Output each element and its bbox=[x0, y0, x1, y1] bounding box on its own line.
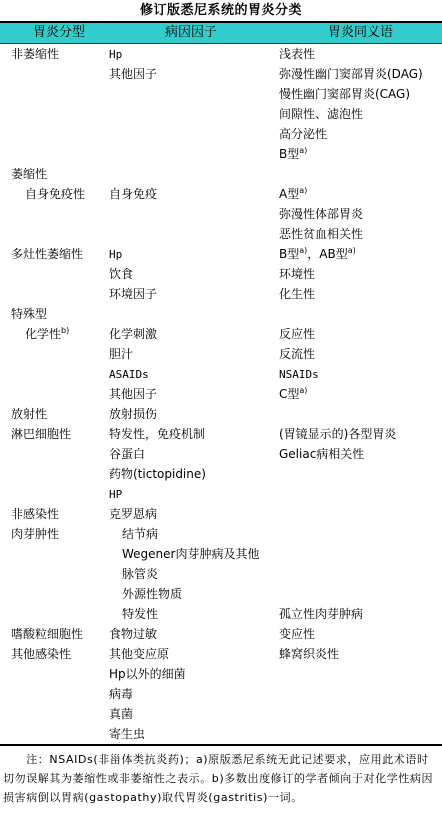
cell-synonym: NSAIDs bbox=[279, 364, 319, 385]
cell-etiology: 自身免疫 bbox=[109, 184, 157, 204]
cell-synonym: 变应性 bbox=[279, 624, 315, 644]
cell-etiology: 谷蛋白 bbox=[109, 444, 145, 464]
cell-etiology: 真菌 bbox=[109, 704, 133, 724]
table-row: Wegener肉芽肿病及其他 bbox=[0, 544, 442, 564]
cell-etiology: 食物过敏 bbox=[109, 624, 157, 644]
cell-etiology: 环境因子 bbox=[109, 284, 157, 304]
cell-gastritis-type: 化学性b) bbox=[25, 324, 69, 344]
cell-synonym: 反应性 bbox=[279, 324, 315, 344]
table-title: 修订版悉尼系统的胃炎分类 bbox=[0, 0, 442, 20]
footnote-marker: a) bbox=[299, 186, 307, 195]
table-row: 病毒 bbox=[0, 684, 442, 704]
cell-etiology: 特发性，免疫机制 bbox=[109, 424, 205, 444]
table-row: 药物(tictopidine) bbox=[0, 464, 442, 484]
table-row: 高分泌性 bbox=[0, 124, 442, 144]
cell-gastritis-type: 多灶性萎缩性 bbox=[11, 244, 83, 264]
cell-etiology: 放射损伤 bbox=[109, 404, 157, 424]
footnote: 注：NSAIDs(非甾体类抗炎药)；a)原版悉尼系统无此记述要求，应用此术语时切… bbox=[3, 750, 439, 807]
cell-gastritis-type: 淋巴细胞性 bbox=[11, 424, 71, 444]
table-body: 非萎缩性Hp浅表性其他因子弥漫性幽门窦部胃炎(DAG)慢性幽门窦部胃炎(CAG)… bbox=[0, 44, 442, 744]
cell-synonym: 孤立性肉芽肿病 bbox=[279, 604, 363, 624]
cell-etiology: 克罗恩病 bbox=[109, 504, 157, 524]
table-row: 放射性放射损伤 bbox=[0, 404, 442, 424]
footnote-marker: b) bbox=[61, 326, 69, 335]
table-row: 环境因子化生性 bbox=[0, 284, 442, 304]
table-row: 化学性b)化学刺激反应性 bbox=[0, 324, 442, 344]
cell-synonym: B型a)，AB型a) bbox=[279, 244, 356, 264]
cell-etiology: Hp bbox=[109, 44, 122, 65]
table-row: 特殊型 bbox=[0, 304, 442, 324]
cell-gastritis-type: 其他感染性 bbox=[11, 644, 71, 664]
table-row: 非萎缩性Hp浅表性 bbox=[0, 44, 442, 64]
cell-etiology: 寄生虫 bbox=[109, 724, 145, 744]
cell-gastritis-type: 嗜酸粒细胞性 bbox=[11, 624, 83, 644]
table-row: 淋巴细胞性特发性，免疫机制(胃镜显示的)各型胃炎 bbox=[0, 424, 442, 444]
cell-etiology: 结节病 bbox=[122, 524, 158, 544]
table-row: 谷蛋白Geliac病相关性 bbox=[0, 444, 442, 464]
cell-gastritis-type: 自身免疫性 bbox=[25, 184, 85, 204]
cell-etiology: 外源性物质 bbox=[122, 584, 182, 604]
header-etiology: 病因因子 bbox=[165, 23, 217, 43]
table-row: 萎缩性 bbox=[0, 164, 442, 184]
table-row: 嗜酸粒细胞性食物过敏变应性 bbox=[0, 624, 442, 644]
table-header: 胃炎分型 病因因子 胃炎同义语 bbox=[0, 23, 442, 44]
table-row: 自身免疫性自身免疫A型a) bbox=[0, 184, 442, 204]
table-row: 寄生虫 bbox=[0, 724, 442, 744]
table-row: 外源性物质 bbox=[0, 584, 442, 604]
cell-etiology: Hp以外的细菌 bbox=[109, 664, 186, 684]
cell-etiology: 胆汁 bbox=[109, 344, 133, 364]
table-row: 多灶性萎缩性HpB型a)，AB型a) bbox=[0, 244, 442, 264]
cell-etiology: 其他因子 bbox=[109, 64, 157, 84]
table-row: 弥漫性体部胃炎 bbox=[0, 204, 442, 224]
table-row: 恶性贫血相关性 bbox=[0, 224, 442, 244]
cell-synonym: A型a) bbox=[279, 184, 307, 204]
header-synonyms: 胃炎同义语 bbox=[328, 23, 393, 43]
table-row: 其他感染性其他变应原蜂窝织炎性 bbox=[0, 644, 442, 664]
cell-synonym: 化生性 bbox=[279, 284, 315, 304]
table-row: 其他因子弥漫性幽门窦部胃炎(DAG) bbox=[0, 64, 442, 84]
cell-etiology: Wegener肉芽肿病及其他 bbox=[122, 544, 259, 564]
footnote-marker: a) bbox=[299, 386, 307, 395]
table-row: 脉管炎 bbox=[0, 564, 442, 584]
cell-etiology: 化学刺激 bbox=[109, 324, 157, 344]
cell-gastritis-type: 非萎缩性 bbox=[11, 44, 59, 64]
cell-gastritis-type: 肉芽肿性 bbox=[11, 524, 59, 544]
table-row: Hp以外的细菌 bbox=[0, 664, 442, 684]
table-row: 饮食环境性 bbox=[0, 264, 442, 284]
table-row: B型a) bbox=[0, 144, 442, 164]
cell-etiology: HP bbox=[109, 484, 122, 505]
cell-etiology: 饮食 bbox=[109, 264, 133, 284]
table-row: 间隙性、滤泡性 bbox=[0, 104, 442, 124]
bottom-rule bbox=[0, 744, 442, 746]
cell-synonym: 反流性 bbox=[279, 344, 315, 364]
cell-etiology: 特发性 bbox=[122, 604, 158, 624]
cell-etiology: 其他因子 bbox=[109, 384, 157, 404]
table-row: 真菌 bbox=[0, 704, 442, 724]
cell-etiology: 脉管炎 bbox=[122, 564, 158, 584]
cell-synonym: 慢性幽门窦部胃炎(CAG) bbox=[279, 84, 410, 104]
table-row: 胆汁反流性 bbox=[0, 344, 442, 364]
table-row: 肉芽肿性结节病 bbox=[0, 524, 442, 544]
cell-gastritis-type: 非感染性 bbox=[11, 504, 59, 524]
cell-synonym: 间隙性、滤泡性 bbox=[279, 104, 363, 124]
table-row: ASAIDsNSAIDs bbox=[0, 364, 442, 384]
cell-synonym: 环境性 bbox=[279, 264, 315, 284]
cell-synonym: B型a) bbox=[279, 144, 307, 164]
cell-synonym: 弥漫性体部胃炎 bbox=[279, 204, 363, 224]
cell-synonym: 弥漫性幽门窦部胃炎(DAG) bbox=[279, 64, 423, 84]
cell-synonym: (胃镜显示的)各型胃炎 bbox=[279, 424, 396, 444]
cell-etiology: 病毒 bbox=[109, 684, 133, 704]
cell-gastritis-type: 特殊型 bbox=[11, 304, 47, 324]
footnote-marker: a) bbox=[348, 246, 356, 255]
cell-synonym: 浅表性 bbox=[279, 44, 315, 64]
cell-gastritis-type: 萎缩性 bbox=[11, 164, 47, 184]
footnote-marker: a) bbox=[299, 146, 307, 155]
cell-etiology: Hp bbox=[109, 244, 122, 265]
cell-etiology: 其他变应原 bbox=[109, 644, 169, 664]
cell-etiology: ASAIDs bbox=[109, 364, 149, 385]
cell-synonym: 蜂窝织炎性 bbox=[279, 644, 339, 664]
cell-synonym: Geliac病相关性 bbox=[279, 444, 364, 464]
cell-synonym: C型a) bbox=[279, 384, 307, 404]
table-row: HP bbox=[0, 484, 442, 504]
table-row: 慢性幽门窦部胃炎(CAG) bbox=[0, 84, 442, 104]
table-row: 其他因子C型a) bbox=[0, 384, 442, 404]
cell-synonym: 恶性贫血相关性 bbox=[279, 224, 363, 244]
cell-synonym: 高分泌性 bbox=[279, 124, 327, 144]
cell-etiology: 药物(tictopidine) bbox=[109, 464, 206, 484]
table-row: 非感染性克罗恩病 bbox=[0, 504, 442, 524]
table-row: 特发性孤立性肉芽肿病 bbox=[0, 604, 442, 624]
cell-gastritis-type: 放射性 bbox=[11, 404, 47, 424]
header-gastritis-type: 胃炎分型 bbox=[33, 23, 85, 43]
